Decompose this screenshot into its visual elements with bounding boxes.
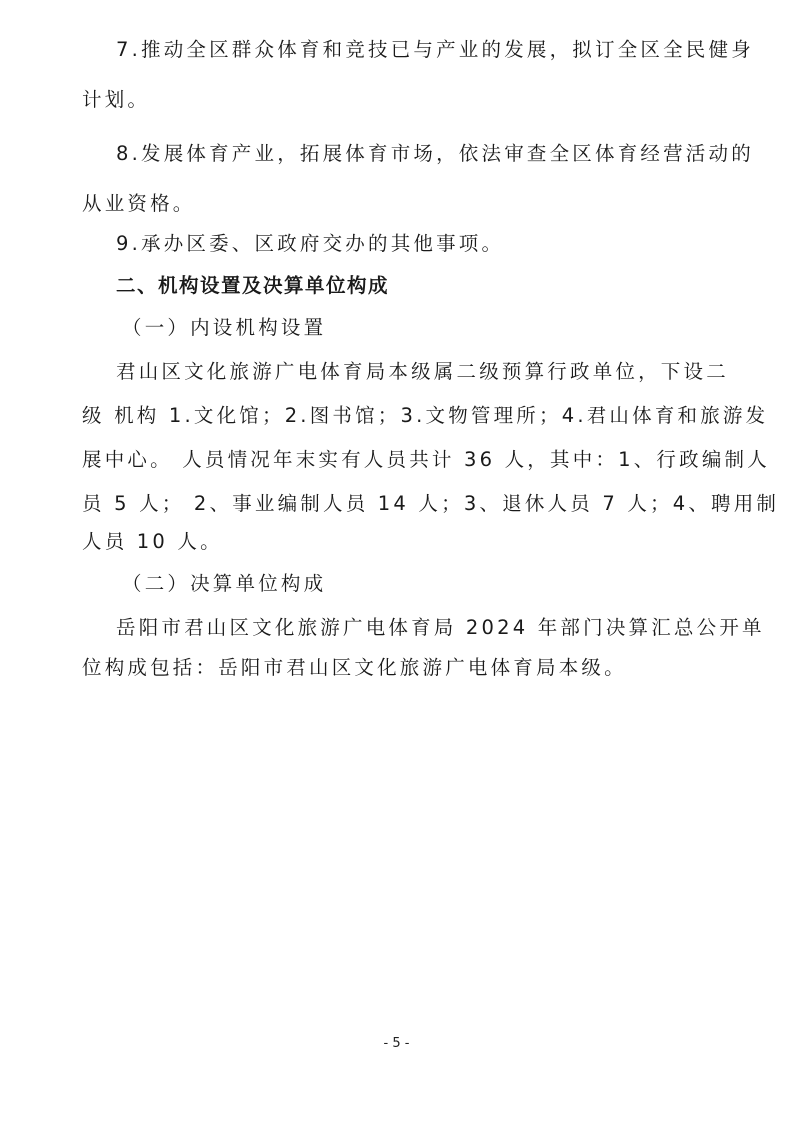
paragraph-structure-line-1: 君山区文化旅游广电体育局本级属二级预算行政单位，下设二 (116, 360, 729, 384)
paragraph-structure-line-2: 级 机构 1.文化馆；2.图书馆；3.文物管理所；4.君山体育和旅游发 (82, 404, 768, 428)
paragraph-item-8-line-1: 8.发展体育产业，拓展体育市场，依法审查全区体育经营活动的 (116, 142, 754, 166)
paragraph-item-7-line-2: 计划。 (82, 88, 150, 112)
page-number: - 5 - (0, 1036, 793, 1051)
paragraph-item-9: 9.承办区委、区政府交办的其他事项。 (116, 232, 504, 256)
subsection-heading-1: （一）内设机构设置 (122, 316, 326, 340)
paragraph-item-7-line-1: 7.推动全区群众体育和竞技已与产业的发展，拟订全区全民健身 (116, 38, 754, 62)
paragraph-item-8-line-2: 从业资格。 (82, 192, 196, 216)
subsection-heading-2: （二）决算单位构成 (122, 572, 326, 596)
paragraph-structure-line-4: 员 5 人； 2、事业编制人员 14 人；3、退休人员 7 人；4、聘用制 (82, 492, 779, 516)
paragraph-units-line-2: 位构成包括：岳阳市君山区文化旅游广电体育局本级。 (82, 656, 627, 680)
paragraph-structure-line-5: 人员 10 人。 (82, 530, 223, 554)
paragraph-structure-line-3: 展中心。 人员情况年末实有人员共计 36 人，其中：1、行政编制人 (82, 448, 770, 472)
section-heading-2: 二、机构设置及决算单位构成 (116, 274, 389, 298)
paragraph-units-line-1: 岳阳市君山区文化旅游广电体育局 2024 年部门决算汇总公开单 (116, 616, 765, 640)
